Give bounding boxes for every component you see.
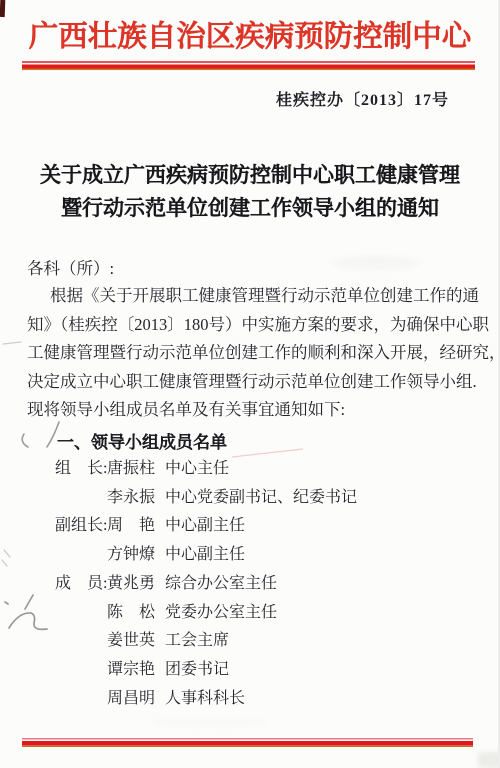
roster-name: 周昌明 bbox=[107, 685, 165, 714]
body-line: 根据《关于开展职工健康管理暨行动示范单位创建工作的通 bbox=[27, 282, 477, 311]
roster-title: 综合办公室主任 bbox=[165, 570, 277, 599]
roster-row: 姜世英工会主席 bbox=[55, 627, 475, 656]
body-line: 现将领导小组成员名单及有关事宜通知如下: bbox=[27, 396, 477, 425]
body-line: 知》（桂疾控〔2013〕180号）中实施方案的要求，为确保中心职 bbox=[27, 311, 477, 340]
letterhead-org-name: 广西壮族自治区疾病预防控制中心 bbox=[24, 13, 476, 55]
pencil-check-mark bbox=[22, 422, 59, 447]
document-title: 关于成立广西疾病预防控制中心职工健康管理 暨行动示范单位创建工作领导小组的通知 bbox=[25, 159, 475, 225]
scan-artifact-corner bbox=[0, 0, 5, 17]
roster-title: 党委办公室主任 bbox=[165, 599, 277, 628]
roster-name: 陈 松 bbox=[107, 599, 165, 628]
roster-name: 谭宗艳 bbox=[107, 656, 165, 685]
roster-row: 组 长:唐振柱中心主任 bbox=[55, 455, 475, 484]
salutation: 各科（所）: bbox=[27, 255, 114, 279]
roster-name: 黄兆勇 bbox=[107, 570, 165, 599]
roster-row: 陈 松党委办公室主任 bbox=[55, 599, 475, 628]
body-line: 工健康管理暨行动示范单位创建工作的顺利和深入开展，经研究， bbox=[27, 339, 477, 368]
roster-name: 李永振 bbox=[107, 484, 165, 513]
roster-name: 姜世英 bbox=[107, 627, 165, 656]
pencil-small-marks bbox=[2, 342, 21, 566]
roster-row: 谭宗艳团委书记 bbox=[55, 656, 475, 685]
letterhead-rule bbox=[22, 61, 475, 70]
title-line-2: 暨行动示范单位创建工作领导小组的通知 bbox=[25, 192, 475, 225]
roster-title: 中心党委副书记、纪委书记 bbox=[165, 484, 357, 513]
roster-role: 组 长: bbox=[55, 455, 107, 484]
document-number: 桂疾控办〔2013〕17号 bbox=[276, 87, 449, 110]
roster-title: 工会主席 bbox=[165, 627, 229, 656]
roster-row: 方钟燎中心副主任 bbox=[55, 541, 475, 570]
section-heading: 一、领导小组成员名单 bbox=[57, 428, 227, 453]
roster-title: 团委书记 bbox=[165, 656, 229, 685]
roster-title: 中心主任 bbox=[165, 455, 229, 484]
title-line-1: 关于成立广西疾病预防控制中心职工健康管理 bbox=[25, 159, 475, 192]
scan-smudge bbox=[478, 752, 500, 768]
roster-title: 中心副主任 bbox=[165, 512, 245, 541]
roster-row: 李永振中心党委副书记、纪委书记 bbox=[55, 484, 475, 513]
roster-title: 中心副主任 bbox=[165, 541, 245, 570]
scan-smudge bbox=[150, 718, 270, 726]
body-line: 决定成立中心职工健康管理暨行动示范单位创建工作领导小组. bbox=[27, 368, 477, 397]
pencil-scribble-mark bbox=[5, 595, 47, 629]
document-page: 广西壮族自治区疾病预防控制中心 桂疾控办〔2013〕17号 关于成立广西疾病预防… bbox=[0, 0, 500, 768]
roster-name: 周 艳 bbox=[107, 512, 165, 541]
roster-list: 组 长:唐振柱中心主任 李永振中心党委副书记、纪委书记 副组长:周 艳中心副主任… bbox=[55, 455, 475, 713]
roster-role: 副组长: bbox=[55, 512, 107, 541]
scan-smudge bbox=[332, 256, 420, 270]
roster-role: 成 员: bbox=[55, 570, 107, 599]
roster-row: 周昌明人事科科长 bbox=[55, 685, 475, 714]
roster-row: 副组长:周 艳中心副主任 bbox=[55, 512, 475, 541]
roster-row: 成 员:黄兆勇综合办公室主任 bbox=[55, 570, 475, 599]
roster-title: 人事科科长 bbox=[165, 685, 245, 714]
roster-name: 方钟燎 bbox=[107, 541, 165, 570]
roster-name: 唐振柱 bbox=[107, 455, 165, 484]
footer-rule bbox=[22, 738, 473, 747]
body-paragraph: 根据《关于开展职工健康管理暨行动示范单位创建工作的通 知》（桂疾控〔2013〕1… bbox=[27, 282, 477, 425]
